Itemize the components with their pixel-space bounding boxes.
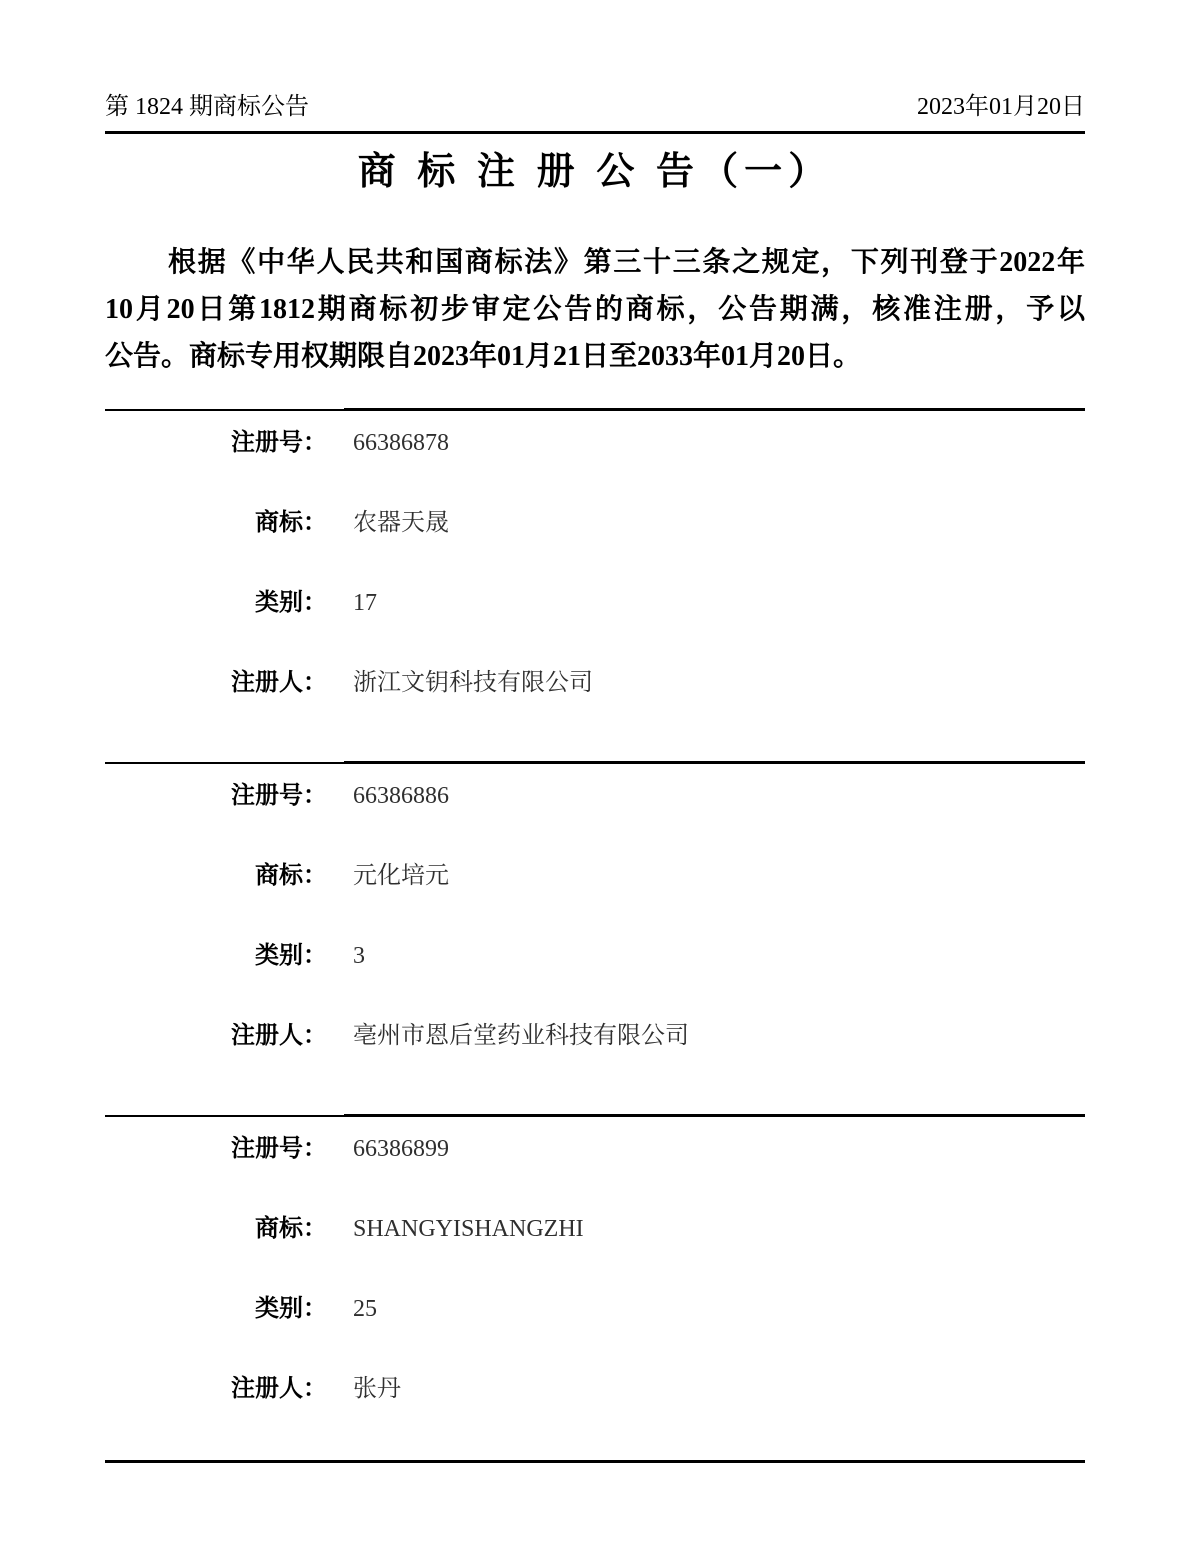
category-label: 类别： bbox=[105, 589, 327, 617]
field-row-registrant: 注册人： 张丹 bbox=[105, 1375, 1085, 1403]
field-row-trademark: 商标： 元化培元 bbox=[105, 862, 1085, 890]
trademark-label: 商标： bbox=[105, 509, 327, 537]
divider-segment-left bbox=[105, 1115, 345, 1117]
trademark-label: 商标： bbox=[105, 1215, 327, 1243]
registrant-value: 亳州市恩后堂药业科技有限公司 bbox=[353, 1022, 689, 1050]
registrant-value: 浙江文钥科技有限公司 bbox=[353, 669, 593, 697]
bottom-divider bbox=[105, 1460, 1085, 1463]
field-row-registration-number: 注册号： 66386886 bbox=[105, 782, 1085, 810]
field-row-registrant: 注册人： 浙江文钥科技有限公司 bbox=[105, 669, 1085, 697]
announcement-page: 第 1824 期商标公告 2023年01月20日 商 标 注 册 公 告（一） … bbox=[0, 0, 1190, 1564]
registration-number-label: 注册号： bbox=[105, 429, 327, 457]
entry-divider bbox=[105, 1114, 1085, 1118]
category-value: 3 bbox=[353, 942, 365, 970]
publication-date: 2023年01月20日 bbox=[917, 92, 1085, 122]
registrant-label: 注册人： bbox=[105, 669, 327, 697]
trademark-label: 商标： bbox=[105, 862, 327, 890]
field-row-registrant: 注册人： 亳州市恩后堂药业科技有限公司 bbox=[105, 1022, 1085, 1050]
registrant-label: 注册人： bbox=[105, 1022, 327, 1050]
registration-number-value: 66386878 bbox=[353, 429, 449, 457]
field-row-registration-number: 注册号： 66386899 bbox=[105, 1135, 1085, 1163]
category-value: 17 bbox=[353, 589, 377, 617]
registration-number-value: 66386899 bbox=[353, 1135, 449, 1163]
field-row-trademark: 商标： SHANGYISHANGZHI bbox=[105, 1215, 1085, 1243]
trademark-value: 农器天晟 bbox=[353, 509, 449, 537]
field-row-category: 类别： 17 bbox=[105, 589, 1085, 617]
divider-segment-right bbox=[344, 1114, 1085, 1117]
entry-divider bbox=[105, 408, 1085, 412]
registration-number-label: 注册号： bbox=[105, 782, 327, 810]
registrant-value: 张丹 bbox=[353, 1375, 401, 1403]
trademark-value: SHANGYISHANGZHI bbox=[353, 1215, 584, 1243]
divider-segment-left bbox=[105, 762, 345, 764]
registrant-label: 注册人： bbox=[105, 1375, 327, 1403]
trademark-entry-3: 注册号： 66386899 商标： SHANGYISHANGZHI 类别： 25… bbox=[105, 1114, 1085, 1460]
entry-divider bbox=[105, 761, 1085, 765]
intro-line-2: 10月20日第1812期商标初步审定公告的商标，公告期满，核准注册，予以 bbox=[105, 286, 1085, 333]
trademark-entry-1: 注册号： 66386878 商标： 农器天晟 类别： 17 注册人： 浙江文钥科… bbox=[105, 408, 1085, 761]
trademark-entry-2: 注册号： 66386886 商标： 元化培元 类别： 3 注册人： 亳州市恩后堂… bbox=[105, 761, 1085, 1114]
field-row-category: 类别： 25 bbox=[105, 1295, 1085, 1323]
divider-segment-left bbox=[105, 409, 345, 411]
divider-segment-right bbox=[344, 408, 1085, 411]
registration-number-label: 注册号： bbox=[105, 1135, 327, 1163]
issue-number: 第 1824 期商标公告 bbox=[105, 92, 309, 122]
trademark-value: 元化培元 bbox=[353, 862, 449, 890]
intro-paragraph: 根据《中华人民共和国商标法》第三十三条之规定，下列刊登于2022年 10月20日… bbox=[105, 239, 1085, 380]
intro-line-1: 根据《中华人民共和国商标法》第三十三条之规定，下列刊登于2022年 bbox=[105, 239, 1085, 286]
category-label: 类别： bbox=[105, 1295, 327, 1323]
category-value: 25 bbox=[353, 1295, 377, 1323]
field-row-registration-number: 注册号： 66386878 bbox=[105, 429, 1085, 457]
header-divider bbox=[105, 131, 1085, 134]
category-label: 类别： bbox=[105, 942, 327, 970]
intro-line-3: 公告。商标专用权期限自2023年01月21日至2033年01月20日。 bbox=[105, 333, 1085, 380]
page-title: 商 标 注 册 公 告（一） bbox=[105, 149, 1085, 195]
field-row-category: 类别： 3 bbox=[105, 942, 1085, 970]
registration-number-value: 66386886 bbox=[353, 782, 449, 810]
document-header: 第 1824 期商标公告 2023年01月20日 bbox=[105, 92, 1085, 122]
field-row-trademark: 商标： 农器天晟 bbox=[105, 509, 1085, 537]
divider-segment-right bbox=[344, 761, 1085, 764]
